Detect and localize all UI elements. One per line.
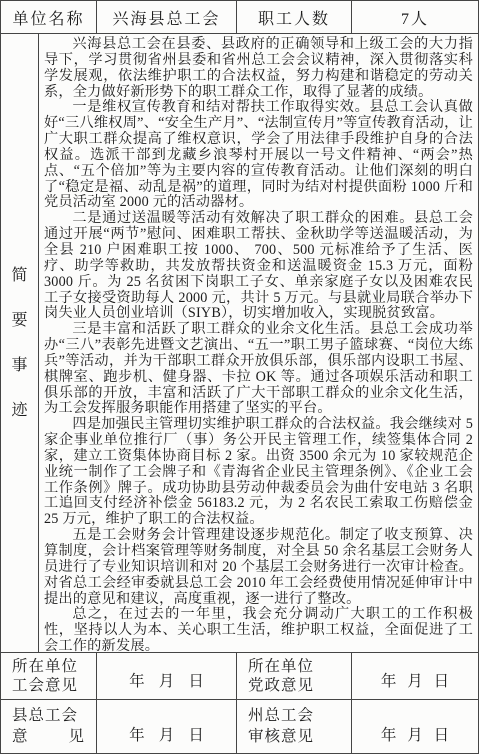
date-month: 月 — [159, 669, 175, 691]
brief-deeds-text: 兴海县总工会在县委、县政府的正确领导和上级工会的大力指导下，学习贯彻省州县委和省… — [39, 34, 478, 652]
date-month: 月 — [159, 723, 175, 745]
staff-count-value: 7人 — [352, 1, 478, 33]
unit-party-opinion-date: 年 月 日 — [352, 653, 478, 699]
deeds-paragraph: 四是加强民主管理切实维护职工群众的合法权益。我会继续对 5 家企事业单位推行厂（… — [44, 417, 473, 528]
staff-count-label: 职工人数 — [237, 1, 352, 33]
signoff-row-2: 县总工会 意见 年 月 日 州总工会 审核意见 年 月 日 — [1, 700, 478, 753]
date-year: 年 — [129, 669, 145, 691]
unit-name-value: 兴海县总工会 — [97, 1, 237, 33]
date-year: 年 — [381, 723, 397, 745]
signoff-row-1: 所在单位 工会意见 年 月 日 所在单位 党政意见 年 月 日 — [1, 653, 478, 700]
date-month: 月 — [407, 669, 423, 691]
date-month: 月 — [407, 723, 423, 745]
date-day: 日 — [188, 723, 204, 745]
label-line: 州总工会 — [248, 708, 340, 724]
prefecture-union-review-date: 年 月 日 — [352, 700, 478, 753]
form-table: 单位名称 兴海县总工会 职工人数 7人 简 要 事 迹 兴海县总工会在县委、县政… — [0, 0, 479, 754]
date-day: 日 — [434, 669, 450, 691]
deeds-paragraph: 三是丰富和活跃了职工群众的业余文化生活。县总工会成功举办“三八”表彰先进暨文艺演… — [44, 322, 473, 417]
date-day: 日 — [434, 723, 450, 745]
deeds-paragraph: 二是通过送温暖等活动有效解决了职工群众的困难。县总工会通过开展“两节”慰问、困难… — [44, 211, 473, 322]
section-label-char: 简 — [11, 268, 27, 284]
deeds-paragraph: 五是工会财务会计管理建设逐步规范化。制定了收支预算、决算制度，会计档案管理等财务… — [44, 528, 473, 607]
label-line: 党政意见 — [248, 678, 340, 694]
deeds-paragraph: 一是维权宣传教育和结对帮扶工作取得实效。县总工会认真做好“三八维权周”、“安全生… — [44, 100, 473, 211]
label-line: 县总工会 — [12, 708, 85, 724]
section-label-char: 迹 — [11, 403, 27, 419]
prefecture-union-review-label: 州总工会 审核意见 — [237, 700, 352, 753]
deeds-paragraph: 总之，在过去的一年里，我会充分调动广大职工的工作积极性，坚持以人为本、关心职工生… — [44, 607, 473, 652]
label-line: 审核意见 — [248, 729, 340, 745]
scanned-union-form: 单位名称 兴海县总工会 职工人数 7人 简 要 事 迹 兴海县总工会在县委、县政… — [0, 0, 479, 754]
unit-union-opinion-label: 所在单位 工会意见 — [1, 653, 97, 699]
section-label-char: 要 — [11, 313, 27, 329]
header-row: 单位名称 兴海县总工会 职工人数 7人 — [1, 1, 478, 34]
label-line: 工会意见 — [12, 678, 85, 694]
unit-party-opinion-label: 所在单位 党政意见 — [237, 653, 352, 699]
label-line: 意见 — [12, 729, 85, 745]
label-line: 所在单位 — [12, 659, 85, 675]
date-year: 年 — [381, 669, 397, 691]
brief-deeds-section-label: 简 要 事 迹 — [1, 34, 39, 652]
brief-deeds-row: 简 要 事 迹 兴海县总工会在县委、县政府的正确领导和上级工会的大力指导下，学习… — [1, 34, 478, 653]
section-label-char: 事 — [11, 358, 27, 374]
deeds-paragraph: 兴海县总工会在县委、县政府的正确领导和上级工会的大力指导下，学习贯彻省州县委和省… — [44, 37, 473, 100]
county-union-opinion-date: 年 月 日 — [97, 700, 237, 753]
county-union-opinion-label: 县总工会 意见 — [1, 700, 97, 753]
date-year: 年 — [129, 723, 145, 745]
unit-union-opinion-date: 年 月 日 — [97, 653, 237, 699]
label-line: 所在单位 — [248, 659, 340, 675]
date-day: 日 — [188, 669, 204, 691]
unit-name-label: 单位名称 — [1, 1, 97, 33]
